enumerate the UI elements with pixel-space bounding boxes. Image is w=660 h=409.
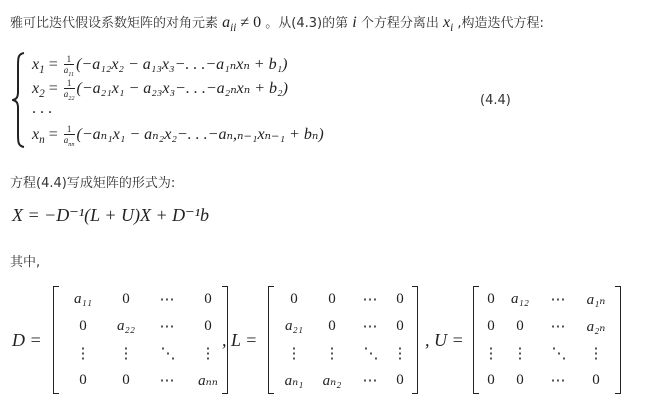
intro-text-before: 雅可比迭代假设系数矩阵的对角元素 xyxy=(10,16,218,31)
left-bracket xyxy=(473,286,479,394)
left-bracket xyxy=(53,286,59,394)
fraction: 1ann xyxy=(64,125,75,145)
matrix-d: a₁₁0⋯0 0a₂₂⋯0 ⋮⋮⋱⋮ 00⋯aₙₙ xyxy=(53,286,228,394)
matrix-u-cells: 0a₁₂⋯a₁ₙ 00⋯a₂ₙ ⋮⋮⋱⋮ 00⋯0 xyxy=(481,286,613,394)
matrix-equation: X = −D⁻¹(L + U)X + D⁻¹b xyxy=(12,205,209,226)
left-bracket xyxy=(268,286,274,394)
right-bracket xyxy=(615,286,621,394)
intro-text-mid2: 个方程分离出 xyxy=(357,16,443,31)
matrix-u: 0a₁₂⋯a₁ₙ 00⋯a₂ₙ ⋮⋮⋱⋮ 00⋯0 xyxy=(473,286,621,394)
matrix-l: 00⋯0 a₂₁0⋯0 ⋮⋮⋱⋮ aₙ₁aₙ₂⋯0 xyxy=(268,286,418,394)
intro-text-after: ,构造迭代方程: xyxy=(453,16,544,31)
equation-system: x1 = 1a11(−a₁₂x₂ − a₁₃x₃−. . .−a₁ₙxₙ + b… xyxy=(10,50,400,150)
equation-row-n: xn = 1ann(−aₙ₁x₁ − aₙ₂x₂−. . .−aₙ,ₙ₋₁xₙ₋… xyxy=(32,124,324,145)
intro-paragraph: 雅可比迭代假设系数矩阵的对角元素 aii ≠ 0 。从(4.3)的第 i 个方程… xyxy=(10,12,544,32)
x-i: xi xyxy=(443,14,453,31)
equation-row-ellipsis: . . . xyxy=(32,100,52,118)
intro-text-mid: 。从(4.3)的第 xyxy=(265,16,352,31)
matrix-u-label: , U = xyxy=(425,330,464,351)
matrix-d-cells: a₁₁0⋯0 0a₂₂⋯0 ⋮⋮⋱⋮ 00⋯aₙₙ xyxy=(61,286,220,394)
equation-row-2: x2 = 1a22(−a₂₁x₁ − a₂₃x₃−. . .−a₂ₙxₙ + b… xyxy=(32,78,288,99)
left-brace-icon xyxy=(12,52,26,148)
matrix-form-label: 方程(4.4)写成矩阵的形式为: xyxy=(10,172,175,191)
matrix-l-label: , L = xyxy=(222,330,257,351)
matrix-l-cells: 00⋯0 a₂₁0⋯0 ⋮⋮⋱⋮ aₙ₁aₙ₂⋯0 xyxy=(276,286,410,394)
diagonal-condition: aii ≠ 0 xyxy=(222,14,261,31)
equation-number: (4.4) xyxy=(480,93,511,108)
matrix-d-label: D = xyxy=(12,330,42,351)
where-label: 其中, xyxy=(10,251,40,270)
equation-row-1: x1 = 1a11(−a₁₂x₂ − a₁₃x₃−. . .−a₁ₙxₙ + b… xyxy=(32,54,288,75)
right-bracket xyxy=(412,286,418,394)
fraction: 1a22 xyxy=(64,79,75,99)
fraction: 1a11 xyxy=(64,55,74,75)
